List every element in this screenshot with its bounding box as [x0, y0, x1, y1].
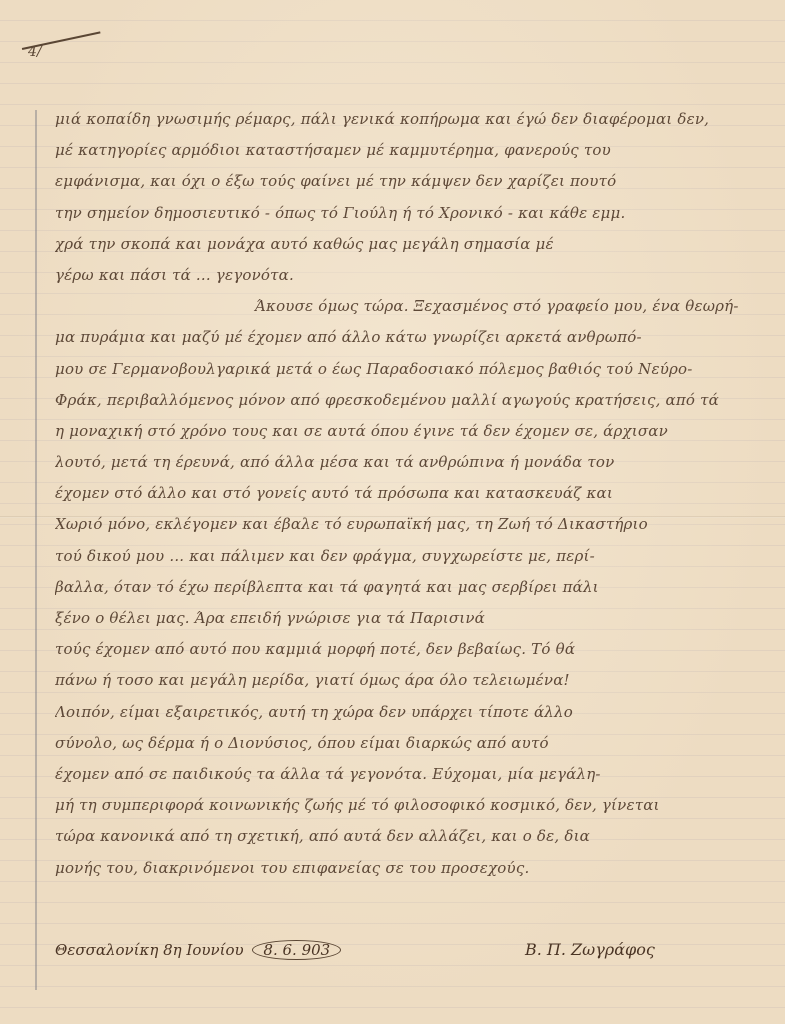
- letter-page: 4/ μιά κοπαίδη γνωσιμής ρέμαρς, πάλι γεν…: [0, 0, 785, 1024]
- body-line: Φράκ, περιβαλλόμενος μόνον από φρεσκοδεμ…: [55, 385, 770, 416]
- body-line: μέ κατηγορίες αρμόδιοι καταστήσαμεν μέ κ…: [55, 135, 770, 166]
- body-line: μιά κοπαίδη γνωσιμής ρέμαρς, πάλι γενικά…: [55, 104, 770, 135]
- paragraph-start-line: Άκουσε όμως τώρα. Ξεχασμένος στό γραφείο…: [55, 291, 770, 322]
- body-line: σύνολο, ως δέρμα ή ο Διονύσιος, όπου είμ…: [55, 728, 770, 759]
- body-line: την σημείον δημοσιευτικό - όπως τό Γιούλ…: [55, 198, 770, 229]
- body-line: έχομεν στό άλλο και στό γονείς αυτό τά π…: [55, 478, 770, 509]
- circled-date: 8. 6. 903: [252, 940, 341, 960]
- body-line: Χωριό μόνο, εκλέγομεν και έβαλε τό ευρωπ…: [55, 509, 770, 540]
- letter-body: μιά κοπαίδη γνωσιμής ρέμαρς, πάλι γενικά…: [55, 104, 770, 884]
- place-and-date: Θεσσαλονίκη 8η Ιουνίου 8. 6. 903: [55, 940, 341, 960]
- date-text: 8η Ιουνίου: [163, 941, 244, 959]
- body-line: Λοιπόν, είμαι εξαιρετικός, αυτή τη χώρα …: [55, 697, 770, 728]
- body-line: έχομεν από σε παιδικούς τα άλλα τά γεγον…: [55, 759, 770, 790]
- body-line: μα πυράμια και μαζύ μέ έχομεν από άλλο κ…: [55, 322, 770, 353]
- body-line: τώρα κανονικά από τη σχετική, από αυτά δ…: [55, 821, 770, 852]
- body-line: τούς έχομεν από αυτό που καμμιά μορφή πο…: [55, 634, 770, 665]
- body-line: μή τη συμπεριφορά κοινωνικής ζωής μέ τό …: [55, 790, 770, 821]
- body-line: μονής του, διακρινόμενοι του επιφανείας …: [55, 853, 770, 884]
- margin-rule: [35, 110, 37, 990]
- body-line: η μοναχική στό χρόνο τους και σε αυτά όπ…: [55, 416, 770, 447]
- body-line: γέρω και πάσι τά ... γεγονότα.: [55, 260, 770, 291]
- place: Θεσσαλονίκη: [55, 941, 158, 959]
- body-line: ξένο ο θέλει μας. Άρα επειδή γνώρισε για…: [55, 603, 770, 634]
- body-line: χρά την σκοπά και μονάχα αυτό καθώς μας …: [55, 229, 770, 260]
- letter-closing: Θεσσαλονίκη 8η Ιουνίου 8. 6. 903 Β. Π. Ζ…: [55, 940, 755, 980]
- body-line: πάνω ή τοσο και μεγάλη μερίδα, γιατί όμω…: [55, 665, 770, 696]
- body-line: εμφάνισμα, και όχι ο έξω τούς φαίνει μέ …: [55, 166, 770, 197]
- body-line: λουτό, μετά τη έρευνά, από άλλα μέσα και…: [55, 447, 770, 478]
- signature: Β. Π. Ζωγράφος: [525, 940, 655, 959]
- body-line: τού δικού μου ... και πάλιμεν και δεν φρ…: [55, 541, 770, 572]
- body-line: βαλλα, όταν τό έχω περίβλεπτα και τά φαγ…: [55, 572, 770, 603]
- page-number: 4/: [28, 44, 42, 60]
- body-line: μου σε Γερμανοβουλγαρικά μετά ο έως Παρα…: [55, 354, 770, 385]
